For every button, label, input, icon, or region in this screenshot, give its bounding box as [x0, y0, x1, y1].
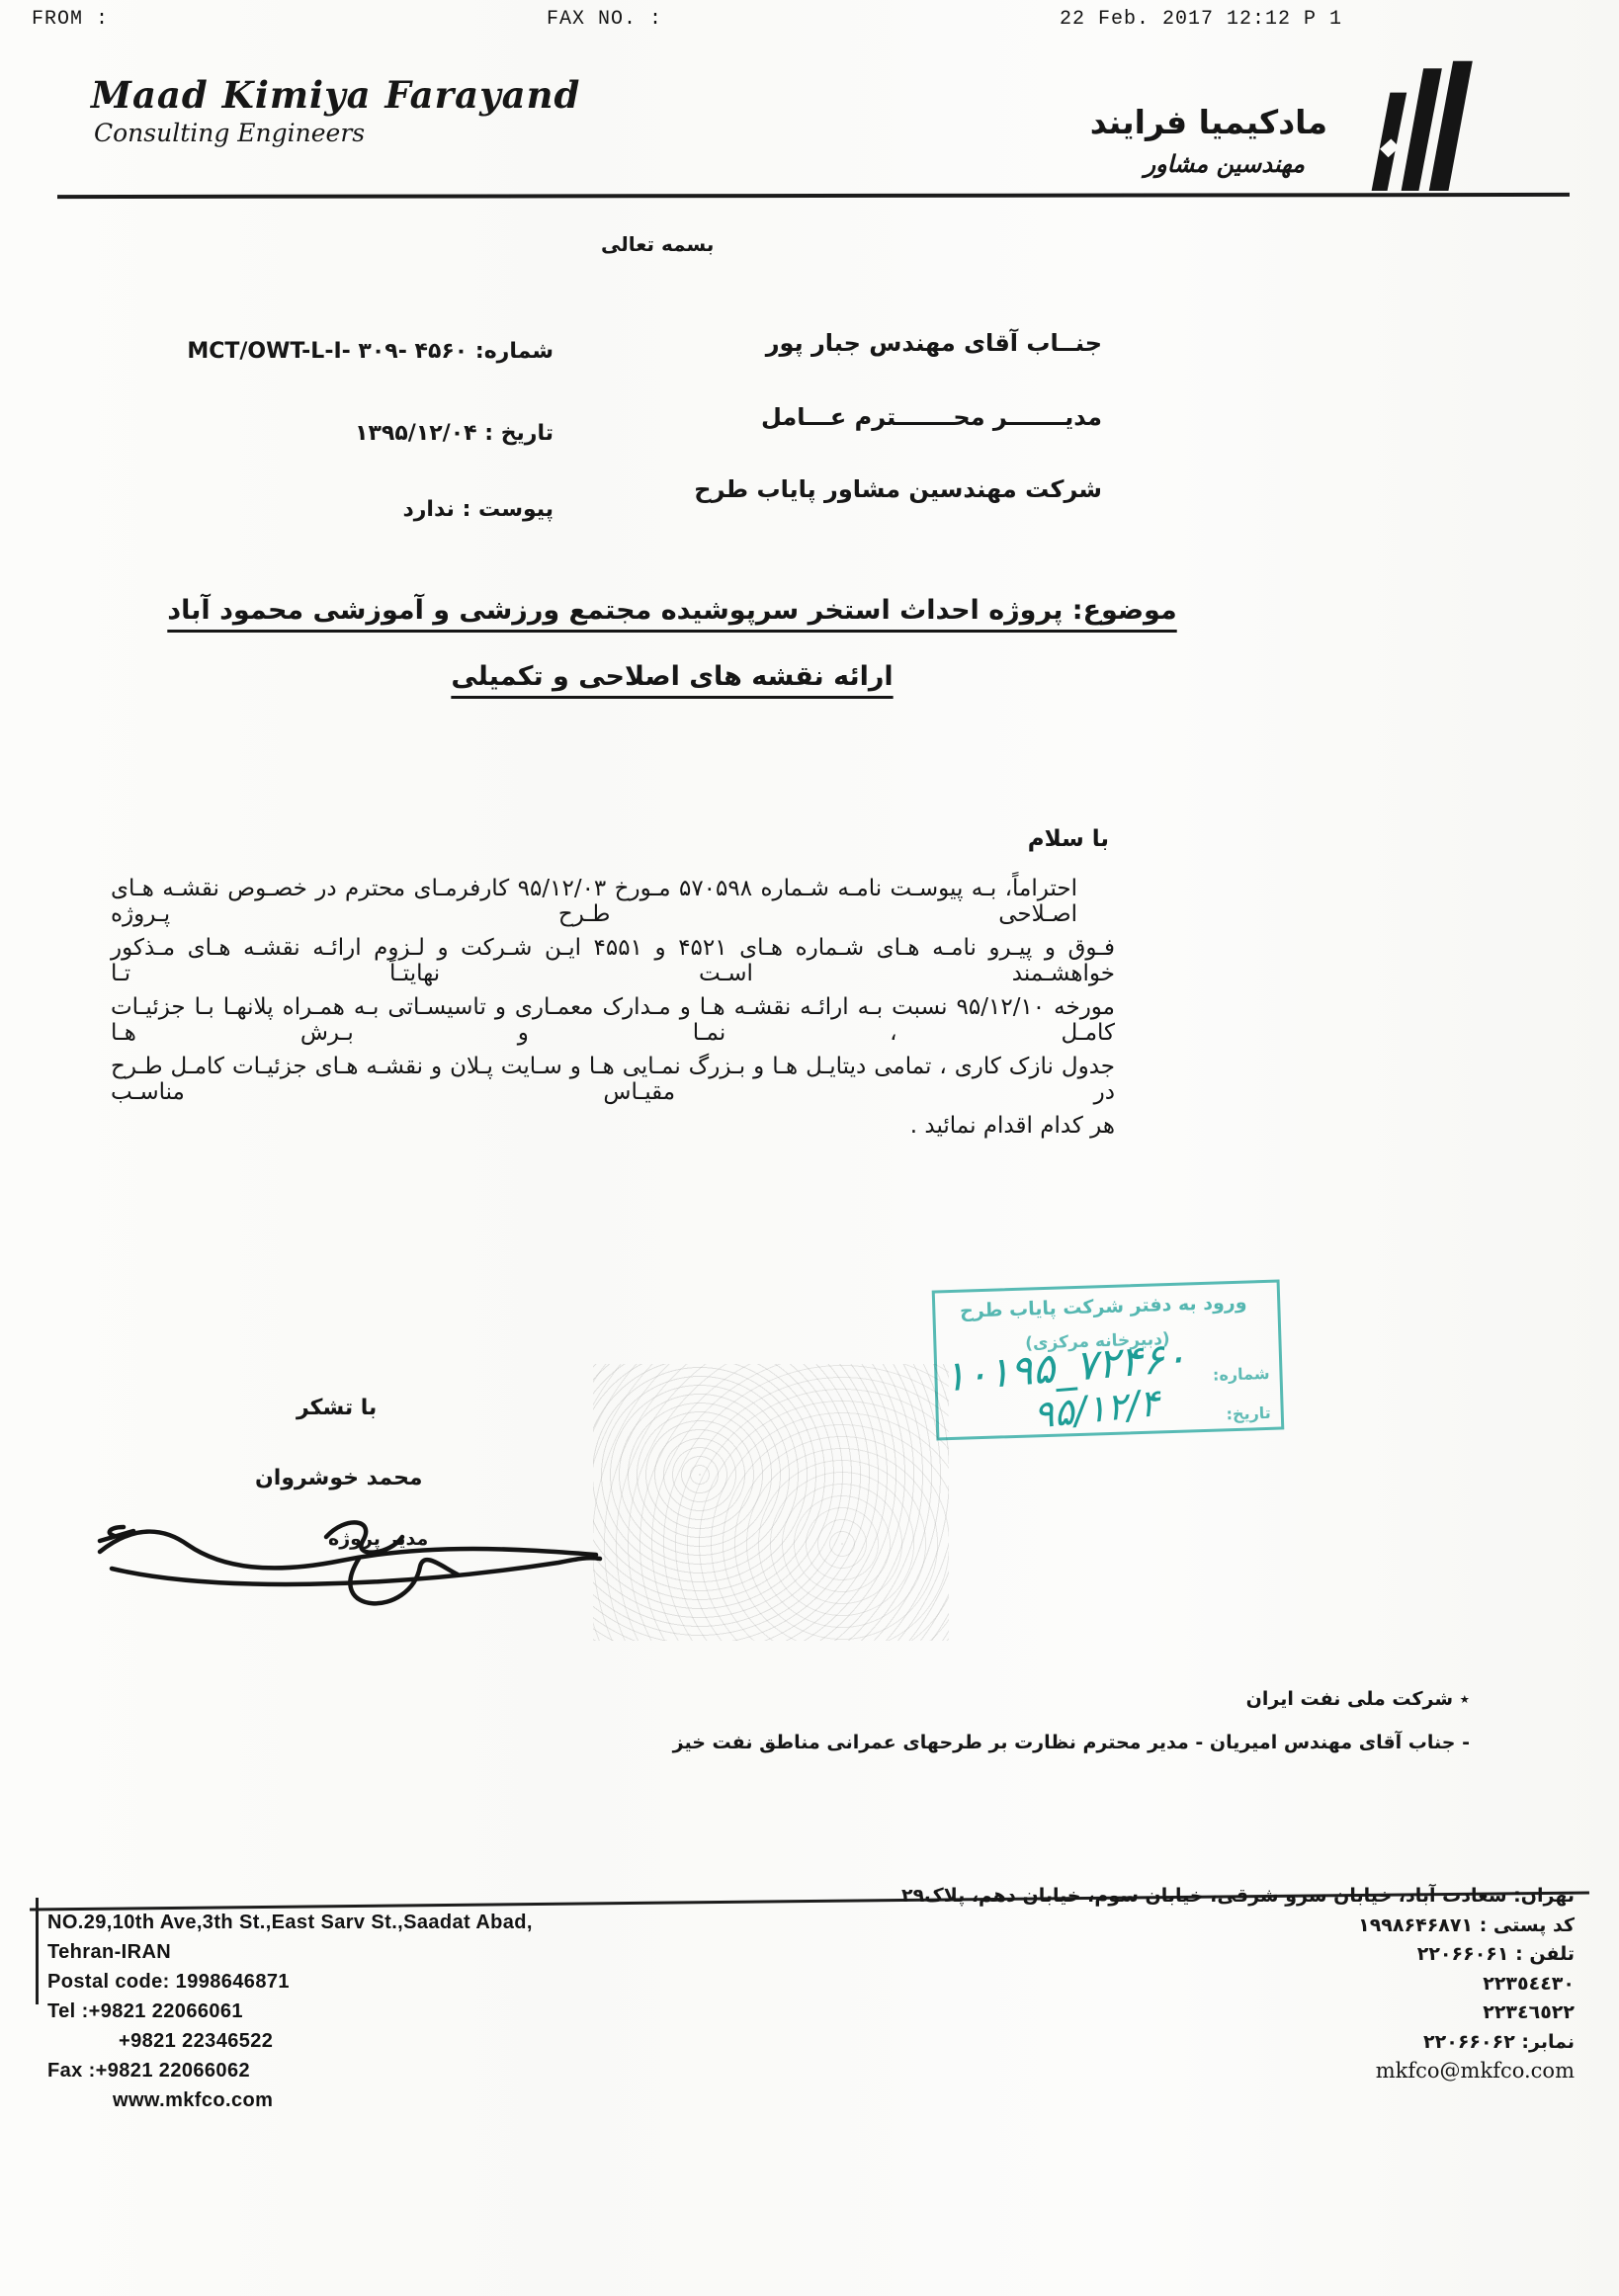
stamp-number-label: شماره: — [1213, 1364, 1270, 1385]
signer-name: محمد خوشروان — [255, 1466, 423, 1490]
stamp-date-label: تاریخ: — [1226, 1403, 1271, 1423]
fax-number-label: FAX NO. : — [547, 8, 662, 31]
salutation: با سلام — [1028, 826, 1109, 852]
recipient-title: مدیـــــــر محـــــــترم عـــامل — [761, 403, 1102, 431]
footer-website: www.mkfco.com — [47, 2085, 533, 2115]
footer-left-bar — [36, 1898, 39, 2004]
company-name-fa: مادکیمیا فرایند — [1090, 103, 1327, 141]
subject-line-1-text: موضوع: پروژه احداث استخر سرپوشیده مجتمع … — [167, 595, 1176, 626]
stamp-title: ورود به دفتر شرکت پایاب طرح — [935, 1291, 1272, 1323]
reference-date: تاریخ : ۱۳۹۵/۱۲/۰۴ — [355, 421, 554, 446]
company-tagline-en: Consulting Engineers — [94, 119, 365, 147]
company-name-en: Maad Kimiya Farayand — [91, 73, 580, 117]
fax-datetime: 22 Feb. 2017 12:12 P 1 — [1060, 8, 1342, 31]
footer-email: mkfco@mkfco.com — [901, 2057, 1575, 2086]
subject-line-2: ارائه نقشه های اصلاحی و تکمیلی — [128, 661, 1216, 692]
recipient-name: جنــاب آقای مهندس جبار پور — [766, 329, 1102, 357]
cc-line: ٭ شرکت ملی نفت ایران — [1246, 1688, 1470, 1710]
company-logo-mark — [1336, 51, 1485, 195]
footer-fa-line: ٢٢٣٤٦٥٢٢ — [901, 1998, 1575, 2028]
body-line: فـوق و پیـرو نامـه هـای شـماره هـای ۴۵۲۱… — [111, 935, 1115, 986]
signature-scribble — [94, 1497, 608, 1626]
invocation-text: بسمه تعالی — [601, 232, 714, 256]
closing-thanks: با تشکر — [297, 1396, 377, 1420]
subject-line-1: موضوع: پروژه احداث استخر سرپوشیده مجتمع … — [128, 595, 1216, 626]
reference-attachment: پیوست : ندارد — [402, 497, 554, 522]
registration-stamp: ورود به دفتر شرکت پایاب طرح (دبیرخانه مر… — [932, 1280, 1285, 1441]
cc-line: - جناب آقای مهندس امیریان - مدیر محترم ن… — [673, 1732, 1470, 1753]
recipient-company: شرکت مهندسین مشاور پایاب طرح — [694, 475, 1102, 503]
body-line: مورخه ۹۵/۱۲/۱۰ نسبت بـه ارائـه نقشـه هـا… — [111, 994, 1115, 1046]
footer-fa-line: نمابر: ۲۲۰۶۶۰۶۲ — [901, 2028, 1575, 2058]
scan-noise — [593, 1364, 949, 1641]
footer-fa-line: کد پستی : ۱۹۹۸۶۴۶۸۷۱ — [901, 1912, 1575, 1941]
footer-en-line: NO.29,10th Ave,3th St.,East Sarv St.,Saa… — [47, 1908, 533, 1937]
footer-en-line: Tehran-IRAN — [47, 1937, 533, 1967]
footer-en-line: Fax :+9821 22066062 — [47, 2056, 533, 2085]
subject-line-2-text: ارائه نقشه های اصلاحی و تکمیلی — [451, 661, 893, 692]
body-line: احتراماً، بـه پیوسـت نامـه شـماره ۵۷۰۵۹۸… — [111, 876, 1115, 927]
footer-en-line: Postal code: 1998646871 — [47, 1967, 533, 1997]
fax-from-label: FROM : — [32, 8, 109, 31]
footer-fa-line: ٢٢٣٥٤٤٣٠ — [901, 1970, 1575, 1999]
company-tagline-fa: مهندسین مشاور — [1145, 150, 1306, 178]
footer-fa-line: تهران: سعادت آباد، خیابان سرو شرقی، خیاب… — [901, 1882, 1575, 1912]
footer-en-line: +9821 22346522 — [47, 2026, 533, 2056]
footer-fa-line: تلفن : ۲۲۰۶۶۰۶۱ — [901, 1940, 1575, 1970]
fax-page: FROM : FAX NO. : 22 Feb. 2017 12:12 P 1 … — [0, 0, 1619, 2296]
footer-en-line: Tel :+9821 22066061 — [47, 1997, 533, 2026]
body-line: هر کدام اقدام نمائید . — [111, 1113, 1115, 1139]
footer-address-en: NO.29,10th Ave,3th St.,East Sarv St.,Saa… — [47, 1908, 533, 2115]
letterhead-divider — [57, 193, 1570, 199]
footer-address-fa: تهران: سعادت آباد، خیابان سرو شرقی، خیاب… — [901, 1882, 1575, 2086]
body-line: جدول نازک کاری ، تمامی دیتایـل هـا و بـز… — [111, 1054, 1115, 1105]
reference-number: شماره: ۴۵۶۰ -MCT/OWT-L-I- ۳۰۹ — [187, 339, 554, 364]
